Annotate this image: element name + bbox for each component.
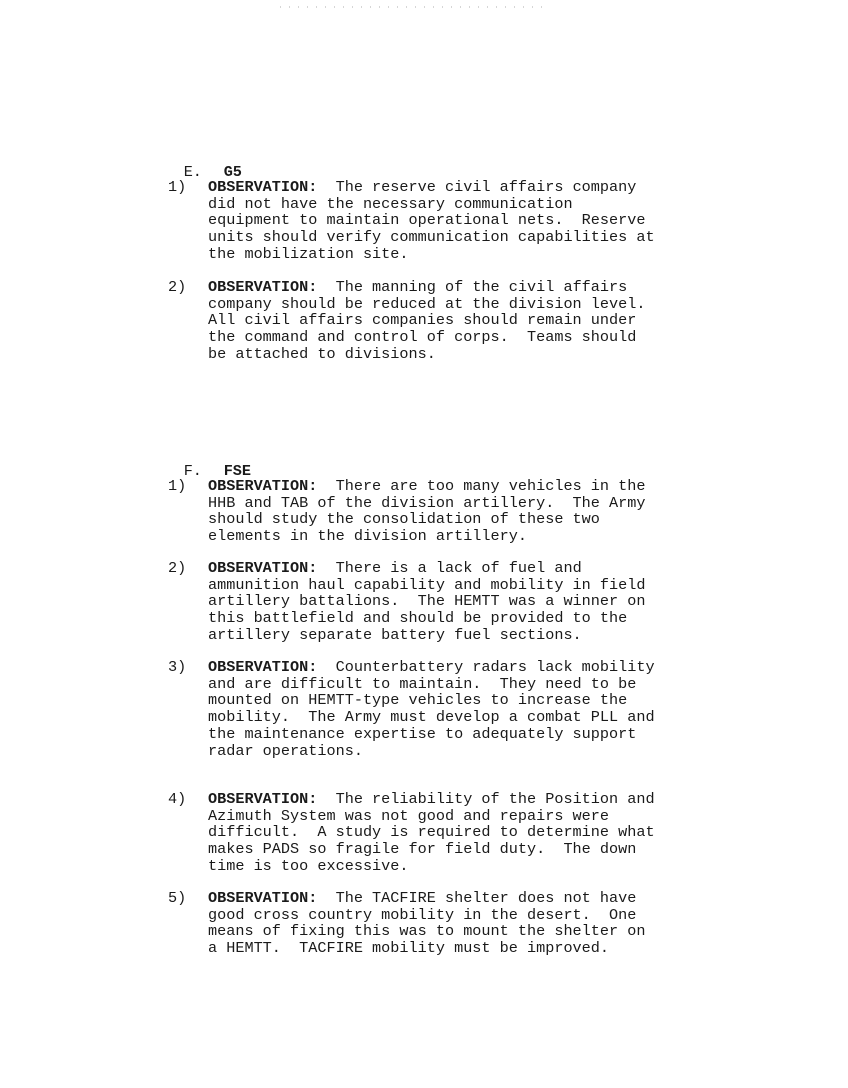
observation-text: OBSERVATION: There are too many vehicles… (208, 478, 718, 545)
item-number: 4) (168, 791, 186, 808)
observation-text: OBSERVATION: There is a lack of fuel and… (208, 560, 718, 644)
item-number: 1) (168, 478, 186, 495)
observation-label: OBSERVATION: (208, 477, 317, 495)
observation-text: OBSERVATION: The reserve civil affairs c… (208, 179, 718, 263)
document-page: E.G5 1) OBSERVATION: The reserve civil a… (0, 0, 848, 1088)
observation-label: OBSERVATION: (208, 278, 317, 296)
item-number: 2) (168, 279, 186, 296)
scan-noise (280, 6, 550, 8)
section-heading: E.G5 (129, 147, 242, 164)
observation-label: OBSERVATION: (208, 658, 317, 676)
observation-label: OBSERVATION: (208, 178, 317, 196)
item-number: 1) (168, 179, 186, 196)
observation-label: OBSERVATION: (208, 559, 317, 577)
observation-text: OBSERVATION: The TACFIRE shelter does no… (208, 890, 718, 957)
observation-label: OBSERVATION: (208, 790, 317, 808)
item-number: 2) (168, 560, 186, 577)
section-heading: F.FSE (129, 446, 251, 463)
observation-text: OBSERVATION: The manning of the civil af… (208, 279, 718, 363)
observation-text: OBSERVATION: Counterbattery radars lack … (208, 659, 718, 759)
item-number: 5) (168, 890, 186, 907)
item-number: 3) (168, 659, 186, 676)
observation-label: OBSERVATION: (208, 889, 317, 907)
observation-text: OBSERVATION: The reliability of the Posi… (208, 791, 718, 875)
